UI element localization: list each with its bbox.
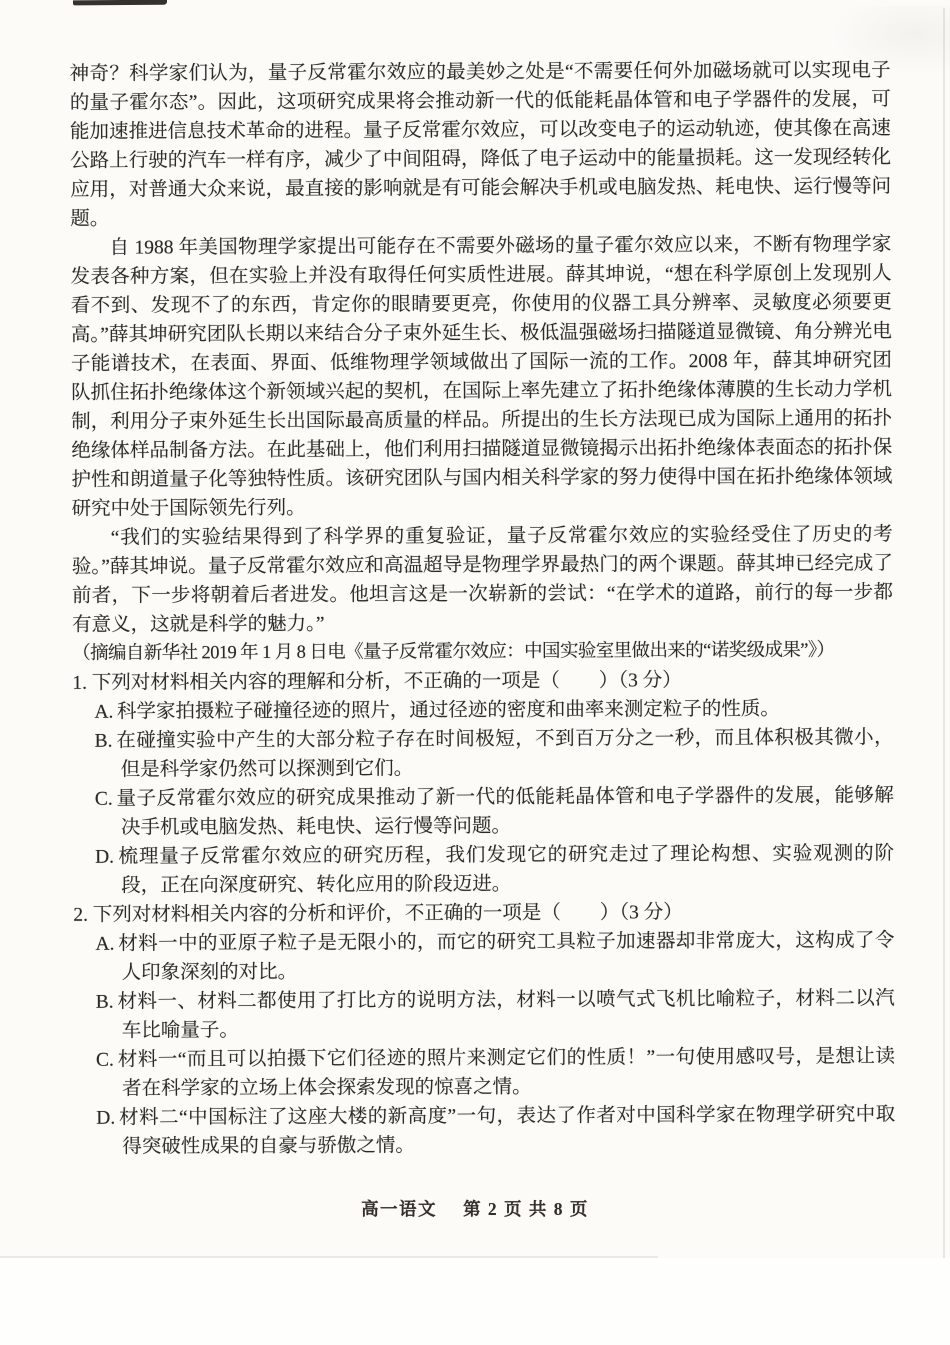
question-2-option-c-label: C. — [96, 1050, 114, 1071]
question-1-option-a-label: A. — [94, 702, 113, 723]
question-1-stem: 1.下列对材料相关内容的理解和分析，不正确的一项是（ ）（3 分） — [72, 665, 893, 698]
question-1-option-a: A.科学家拍摄粒子碰撞径迹的照片，通过径迹的密度和曲率来测定粒子的性质。 — [72, 694, 893, 727]
question-1-option-b-text: 在碰撞实验中产生的大部分粒子存在时间极短，不到百万分之一秒，而且体积极其微小，但… — [116, 727, 894, 780]
question-1-option-c-text: 量子反常霍尔效应的研究成果推动了新一代的低能耗晶体管和电子学器件的发展，能够解决… — [116, 785, 894, 838]
question-2-option-a-label: A. — [95, 934, 114, 955]
question-1-option-d-text: 梳理量子反常霍尔效应的研究历程，我们发现它的研究走过了理论构想、实验观测的阶段，… — [118, 843, 895, 896]
question-1-option-a-text: 科学家拍摄粒子碰撞径迹的照片，通过径迹的密度和曲率来测定粒子的性质。 — [117, 699, 780, 723]
question-2: 2.下列对材料相关内容的分析和评价，不正确的一项是（ ）（3 分） A.材料一中… — [73, 897, 895, 1162]
question-1-option-d: D.梳理量子反常霍尔效应的研究历程，我们发现它的研究走过了理论构想、实验观测的阶… — [73, 839, 894, 901]
scanned-exam-page: 神奇？科学家们认为，量子反常霍尔效应的最美妙之处是“不需要任何外加磁场就可以实现… — [0, 0, 950, 1345]
question-2-option-c-text: 材料一“而且可以拍摄下它们径迹的照片来测定它们的性质！”一句使用感叹号，是想让读… — [117, 1046, 895, 1099]
material-paragraph-2: 自 1988 年美国物理学家提出可能存在不需要外磁场的量子霍尔效应以来，不断有物… — [70, 230, 892, 524]
scan-artifact-top-smudge — [73, 0, 167, 5]
question-2-option-b: B.材料一、材料二都使用了打比方的说明方法，材料一以喷气式飞机比喻粒子，材料二以… — [74, 984, 895, 1046]
question-2-stem-text: 下列对材料相关内容的分析和评价，不正确的一项是（ ）（3 分） — [93, 902, 683, 926]
question-2-option-d: D.材料二“中国标注了这座大楼的新高度”一句，表达了作者对中国科学家在物理学研究… — [74, 1100, 895, 1162]
question-2-stem: 2.下列对材料相关内容的分析和评价，不正确的一项是（ ）（3 分） — [73, 897, 894, 930]
question-2-number: 2. — [73, 905, 88, 926]
question-2-option-a-text: 材料一中的亚原子粒子是无限小的，而它的研究工具粒子加速器却非常庞大，这构成了令人… — [118, 930, 895, 983]
question-1-option-b: B.在碰撞实验中产生的大部分粒子存在时间极短，不到百万分之一秒，而且体积极其微小… — [73, 723, 894, 785]
question-1: 1.下列对材料相关内容的理解和分析，不正确的一项是（ ）（3 分） A.科学家拍… — [72, 665, 894, 901]
material-attribution: （摘编自新华社 2019 年 1 月 8 日电《量子反常霍尔效应：中国实验室里做… — [72, 636, 893, 669]
question-2-option-b-text: 材料一、材料二都使用了打比方的说明方法，材料一以喷气式飞机比喻粒子，材料二以汽车… — [117, 988, 895, 1041]
question-1-option-b-label: B. — [95, 731, 113, 752]
footer-page-number: 第 2 页 共 8 页 — [463, 1199, 589, 1219]
question-2-option-b-label: B. — [96, 992, 114, 1013]
question-2-option-a: A.材料一中的亚原子粒子是无限小的，而它的研究工具粒子加速器却非常庞大，这构成了… — [73, 926, 894, 988]
question-1-option-d-label: D. — [95, 847, 114, 868]
question-1-number: 1. — [72, 673, 87, 694]
scan-artifact-bottom-strip — [0, 1258, 950, 1345]
question-1-option-c-label: C. — [95, 789, 113, 810]
material-paragraph-3: “我们的实验结果得到了科学界的重复验证，量子反常霍尔效应的实验经受住了历史的考验… — [72, 520, 893, 640]
scan-artifact-right-edge-line — [943, 8, 945, 1345]
question-2-option-d-text: 材料二“中国标注了这座大楼的新高度”一句，表达了作者对中国科学家在物理学研究中取… — [119, 1104, 896, 1157]
question-2-option-c: C.材料一“而且可以拍摄下它们径迹的照片来测定它们的性质！”一句使用感叹号，是想… — [74, 1042, 895, 1104]
footer-course-label: 高一语文 — [361, 1199, 437, 1219]
question-2-option-d-label: D. — [96, 1108, 115, 1129]
page-footer: 高一语文第 2 页 共 8 页 — [0, 1196, 950, 1221]
question-1-option-c: C.量子反常霍尔效应的研究成果推动了新一代的低能耗晶体管和电子学器件的发展，能够… — [73, 781, 894, 843]
exam-page-content: 神奇？科学家们认为，量子反常霍尔效应的最美妙之处是“不需要任何外加磁场就可以实现… — [70, 56, 896, 1162]
material-paragraph-1: 神奇？科学家们认为，量子反常霍尔效应的最美妙之处是“不需要任何外加磁场就可以实现… — [70, 56, 892, 234]
question-1-stem-text: 下列对材料相关内容的理解和分析，不正确的一项是（ ）（3 分） — [92, 670, 682, 694]
